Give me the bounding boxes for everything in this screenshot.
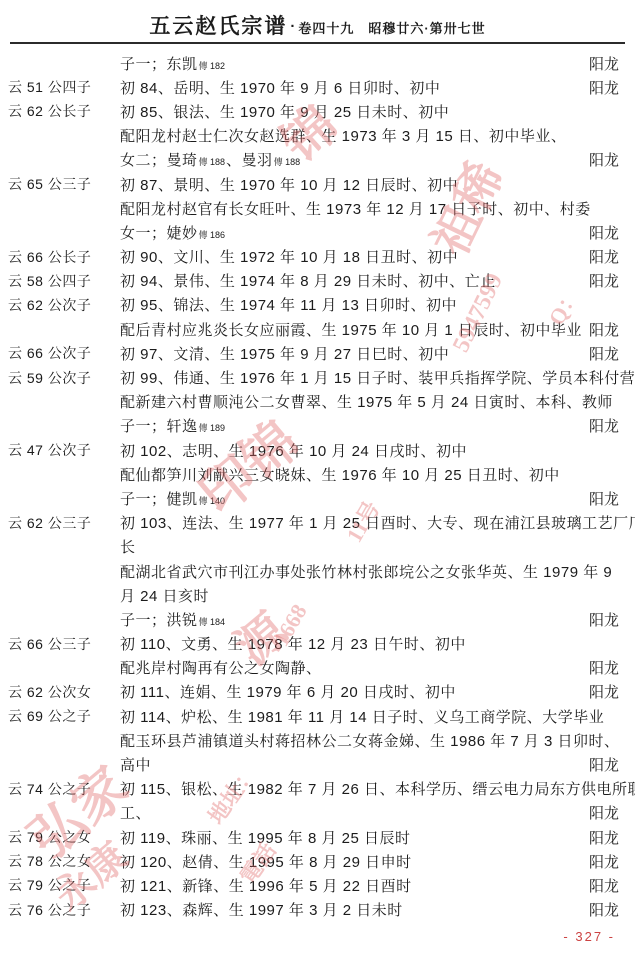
text-segment: 子一；健凯 [120,491,198,508]
lineage-label: 云 62 公三子 [0,513,120,533]
lineage-label: 云 69 公之子 [0,706,120,726]
entry-text: 初 84、岳明、生 1970 年 9 月 6 日卯时、初中 [120,77,589,98]
entry-text: 女一；婕妙傳 186 [120,222,589,243]
entry-text: 配后青村应兆炎长女应丽霞、生 1975 年 10 月 1 日辰时、初中毕业 [120,319,589,340]
text-segment: 配阳龙村赵官有长女旺叶、生 1973 年 12 月 17 日子时、初中、村委 [120,201,591,218]
page-header: 五云赵氏宗谱·卷四十九 昭穆廿六·第卅七世 [0,10,635,40]
genealogy-row: 云 62 公长子初 85、银法、生 1970 年 9 月 25 日未时、初中 [0,99,635,123]
entry-text: 配阳龙村赵士仁次女赵选群、生 1973 年 3 月 15 日、初中毕业、 [120,125,589,146]
branch-marker: 阳龙 [589,53,623,74]
branch-marker: 阳龙 [589,875,623,896]
entry-text: 初 102、志明、生 1976 年 10 月 24 日戌时、初中 [120,440,589,461]
entry-text: 初 121、新锋、生 1996 年 5 月 22 日酉时 [120,875,589,896]
genealogy-row: 配仙都笋川刘献兴三女晓妹、生 1976 年 10 月 25 日丑时、初中 [0,462,635,486]
branch-marker: 阳龙 [589,802,623,823]
genealogy-row: 云 65 公三子初 87、景明、生 1970 年 10 月 12 日辰时、初中 [0,172,635,196]
entry-text: 配湖北省武穴市刊江办事处张竹林村张郎垸公之女张华英、生 1979 年 9 [120,561,589,582]
entry-text: 配兆岸村陶再有公之女陶静、 [120,657,589,678]
genealogy-row: 子一；东凯傳 182阳龙 [0,51,635,75]
branch-marker: 阳龙 [589,246,623,267]
genealogy-row: 云 78 公之女初 120、赵倩、生 1995 年 8 月 29 日申时阳龙 [0,849,635,873]
text-segment: 初 119、珠丽、生 1995 年 8 月 25 日辰时 [120,830,410,847]
text-segment: 长 [120,539,136,556]
branch-marker: 阳龙 [589,851,623,872]
text-segment: 、曼羽 [226,152,273,169]
page-ref: 傳 140 [199,496,226,506]
genealogy-row: 云 51 公四子初 84、岳明、生 1970 年 9 月 6 日卯时、初中阳龙 [0,75,635,99]
title-separator-dot: · [290,18,295,35]
text-segment: 初 123、森辉、生 1997 年 3 月 2 日未时 [120,902,403,919]
text-segment: 配阳龙村赵士仁次女赵选群、生 1973 年 3 月 15 日、初中毕业、 [120,128,566,145]
text-segment: 初 84、岳明、生 1970 年 9 月 6 日卯时、初中 [120,80,440,97]
text-segment: 配新建六村曹顺沌公二女曹翠、生 1975 年 5 月 24 日寅时、本科、教师 [120,394,613,411]
genealogy-row: 配阳龙村赵士仁次女赵选群、生 1973 年 3 月 15 日、初中毕业、 [0,124,635,148]
text-segment: 初 114、炉松、生 1981 年 11 月 14 日子时、义乌工商学院、大学毕… [120,709,604,726]
branch-marker: 阳龙 [589,77,623,98]
branch-marker: 阳龙 [589,319,623,340]
lineage-label: 云 58 公四子 [0,271,120,291]
text-segment: 子一；洪锐 [120,612,198,629]
genealogy-row: 云 66 公长子初 90、文川、生 1972 年 10 月 18 日丑时、初中阳… [0,245,635,269]
genealogy-row: 高中阳龙 [0,752,635,776]
lineage-label: 云 76 公之子 [0,900,120,920]
genealogy-row: 云 58 公四子初 94、景伟、生 1974 年 8 月 29 日未时、初中、亡… [0,269,635,293]
entry-text: 初 85、银法、生 1970 年 9 月 25 日未时、初中 [120,101,589,122]
lineage-label: 云 51 公四子 [0,77,120,97]
text-segment: 初 121、新锋、生 1996 年 5 月 22 日酉时 [120,878,412,895]
branch-marker: 阳龙 [589,270,623,291]
page-ref: 傳 182 [199,61,226,71]
page-ref: 傳 184 [199,617,226,627]
genealogy-row: 配兆岸村陶再有公之女陶静、阳龙 [0,656,635,680]
branch-marker: 阳龙 [589,415,623,436]
text-segment: 工、 [120,805,151,822]
text-segment: 初 85、银法、生 1970 年 9 月 25 日未时、初中 [120,104,449,121]
genealogy-row: 云 62 公次女初 111、连娟、生 1979 年 6 月 20 日戌时、初中阳… [0,680,635,704]
lineage-label: 云 47 公次子 [0,440,120,460]
entry-text: 配新建六村曹顺沌公二女曹翠、生 1975 年 5 月 24 日寅时、本科、教师 [120,391,589,412]
text-segment: 配兆岸村陶再有公之女陶静、 [120,660,322,677]
page-ref: 傳 189 [199,423,226,433]
entry-text: 女二；曼琦傳 188、曼羽傳 188 [120,149,589,170]
genealogy-entries: 子一；东凯傳 182阳龙云 51 公四子初 84、岳明、生 1970 年 9 月… [0,51,635,922]
genealogy-row: 云 62 公次子初 95、锦法、生 1974 年 11 月 13 日卯时、初中 [0,293,635,317]
entry-text: 工、 [120,802,589,823]
header-rule [10,42,625,44]
text-segment: 女二；曼琦 [120,152,198,169]
entry-text: 初 111、连娟、生 1979 年 6 月 20 日戌时、初中 [120,681,589,702]
text-segment: 初 95、锦法、生 1974 年 11 月 13 日卯时、初中 [120,297,457,314]
genealogy-row: 云 47 公次子初 102、志明、生 1976 年 10 月 24 日戌时、初中 [0,438,635,462]
text-segment: 初 110、文勇、生 1978 年 12 月 23 日午时、初中 [120,636,466,653]
entry-text: 初 120、赵倩、生 1995 年 8 月 29 日申时 [120,851,589,872]
lineage-label: 云 66 公次子 [0,343,120,363]
entry-text: 初 123、森辉、生 1997 年 3 月 2 日未时 [120,899,589,920]
lineage-label: 云 62 公次女 [0,682,120,702]
text-segment: 初 90、文川、生 1972 年 10 月 18 日丑时、初中 [120,249,458,266]
entry-text: 子一；洪锐傳 184 [120,609,589,630]
genealogy-row: 女一；婕妙傳 186阳龙 [0,220,635,244]
text-segment: 女一；婕妙 [120,225,198,242]
genealogy-row: 配阳龙村赵官有长女旺叶、生 1973 年 12 月 17 日子时、初中、村委 [0,196,635,220]
branch-marker: 阳龙 [589,657,623,678]
entry-text: 初 103、连法、生 1977 年 1 月 25 日酉时、大专、现在浦江县玻璃工… [120,512,589,533]
entry-text: 子一；东凯傳 182 [120,53,589,74]
entry-text: 配阳龙村赵官有长女旺叶、生 1973 年 12 月 17 日子时、初中、村委 [120,198,589,219]
entry-text: 初 99、伟通、生 1976 年 1 月 15 日子时、装甲兵指挥学院、学员本科… [120,367,589,388]
text-segment: 配仙都笋川刘献兴三女晓妹、生 1976 年 10 月 25 日丑时、初中 [120,467,560,484]
text-segment: 初 103、连法、生 1977 年 1 月 25 日酉时、大专、现在浦江县玻璃工… [120,515,635,532]
branch-marker: 阳龙 [589,222,623,243]
genealogy-row: 云 74 公之子初 115、银松、生 1982 年 7 月 26 日、本科学历、… [0,777,635,801]
text-segment: 初 111、连娟、生 1979 年 6 月 20 日戌时、初中 [120,684,456,701]
entry-text: 初 94、景伟、生 1974 年 8 月 29 日未时、初中、亡止 [120,270,589,291]
genealogy-row: 云 62 公三子初 103、连法、生 1977 年 1 月 25 日酉时、大专、… [0,511,635,535]
genealogy-row: 配玉环县芦浦镇道头村蒋招林公二女蒋金娣、生 1986 年 7 月 3 日卯时、 [0,728,635,752]
genealogy-page: 五云赵氏宗谱·卷四十九 昭穆廿六·第卅七世 子一；东凯傳 182阳龙云 51 公… [0,0,635,968]
text-segment: 初 115、银松、生 1982 年 7 月 26 日、本科学历、缙云电力局东方供… [120,781,635,798]
entry-text: 初 87、景明、生 1970 年 10 月 12 日辰时、初中 [120,174,589,195]
page-ref: 傳 188 [274,157,301,167]
genealogy-row: 云 66 公次子初 97、文清、生 1975 年 9 月 27 日巳时、初中阳龙 [0,341,635,365]
lineage-label: 云 79 公之女 [0,827,120,847]
genealogy-row: 云 66 公三子初 110、文勇、生 1978 年 12 月 23 日午时、初中 [0,632,635,656]
text-segment: 初 87、景明、生 1970 年 10 月 12 日辰时、初中 [120,177,458,194]
genealogy-row: 工、阳龙 [0,801,635,825]
lineage-label: 云 62 公长子 [0,101,120,121]
genealogy-row: 子一；洪锐傳 184阳龙 [0,607,635,631]
branch-marker: 阳龙 [589,754,623,775]
entry-text: 月 24 日亥时 [120,585,589,606]
entry-text: 初 115、银松、生 1982 年 7 月 26 日、本科学历、缙云电力局东方供… [120,778,589,799]
text-segment: 配后青村应兆炎长女应丽霞、生 1975 年 10 月 1 日辰时、初中毕业 [120,322,582,339]
lineage-label: 云 62 公次子 [0,295,120,315]
entry-text: 初 114、炉松、生 1981 年 11 月 14 日子时、义乌工商学院、大学毕… [120,706,589,727]
lineage-label: 云 78 公之女 [0,851,120,871]
lineage-label: 云 65 公三子 [0,174,120,194]
entry-text: 初 95、锦法、生 1974 年 11 月 13 日卯时、初中 [120,294,589,315]
page-ref: 傳 186 [199,230,226,240]
branch-marker: 阳龙 [589,149,623,170]
genealogy-row: 子一；健凯傳 140阳龙 [0,486,635,510]
page-ref: 傳 188 [199,157,226,167]
genealogy-row: 配湖北省武穴市刊江办事处张竹林村张郎垸公之女张华英、生 1979 年 9 [0,559,635,583]
branch-marker: 阳龙 [589,899,623,920]
page-title: 五云赵氏宗谱 [149,15,287,38]
branch-marker: 阳龙 [589,343,623,364]
text-segment: 子一；轩逸 [120,418,198,435]
lineage-label: 云 66 公长子 [0,247,120,267]
genealogy-row: 云 79 公之子初 121、新锋、生 1996 年 5 月 22 日酉时阳龙 [0,873,635,897]
lineage-label: 云 59 公次子 [0,368,120,388]
branch-marker: 阳龙 [589,488,623,509]
genealogy-row: 云 76 公之子初 123、森辉、生 1997 年 3 月 2 日未时阳龙 [0,898,635,922]
text-segment: 配玉环县芦浦镇道头村蒋招林公二女蒋金娣、生 1986 年 7 月 3 日卯时、 [120,733,620,750]
branch-marker: 阳龙 [589,827,623,848]
text-segment: 初 97、文清、生 1975 年 9 月 27 日巳时、初中 [120,346,449,363]
entry-text: 子一；轩逸傳 189 [120,415,589,436]
genealogy-row: 云 79 公之女初 119、珠丽、生 1995 年 8 月 25 日辰时阳龙 [0,825,635,849]
genealogy-row: 云 69 公之子初 114、炉松、生 1981 年 11 月 14 日子时、义乌… [0,704,635,728]
genealogy-row: 长 [0,535,635,559]
branch-marker: 阳龙 [589,681,623,702]
entry-text: 配仙都笋川刘献兴三女晓妹、生 1976 年 10 月 25 日丑时、初中 [120,464,589,485]
lineage-label: 云 74 公之子 [0,779,120,799]
entry-text: 初 97、文清、生 1975 年 9 月 27 日巳时、初中 [120,343,589,364]
entry-text: 初 90、文川、生 1972 年 10 月 18 日丑时、初中 [120,246,589,267]
genealogy-row: 女二；曼琦傳 188、曼羽傳 188阳龙 [0,148,635,172]
text-segment: 初 94、景伟、生 1974 年 8 月 29 日未时、初中、亡止 [120,273,496,290]
genealogy-row: 云 59 公次子初 99、伟通、生 1976 年 1 月 15 日子时、装甲兵指… [0,365,635,389]
entry-text: 长 [120,536,589,557]
branch-marker: 阳龙 [589,609,623,630]
lineage-label: 云 66 公三子 [0,634,120,654]
lineage-label: 云 79 公之子 [0,875,120,895]
text-segment: 子一；东凯 [120,56,198,73]
text-segment: 初 99、伟通、生 1976 年 1 月 15 日子时、装甲兵指挥学院、学员本科… [120,370,635,387]
entry-text: 初 119、珠丽、生 1995 年 8 月 25 日辰时 [120,827,589,848]
text-segment: 高中 [120,757,151,774]
entry-text: 初 110、文勇、生 1978 年 12 月 23 日午时、初中 [120,633,589,654]
entry-text: 配玉环县芦浦镇道头村蒋招林公二女蒋金娣、生 1986 年 7 月 3 日卯时、 [120,730,589,751]
genealogy-row: 配后青村应兆炎长女应丽霞、生 1975 年 10 月 1 日辰时、初中毕业阳龙 [0,317,635,341]
genealogy-row: 月 24 日亥时 [0,583,635,607]
genealogy-row: 子一；轩逸傳 189阳龙 [0,414,635,438]
entry-text: 高中 [120,754,589,775]
text-segment: 初 102、志明、生 1976 年 10 月 24 日戌时、初中 [120,443,467,460]
footer-page-number: - 327 - [563,929,615,944]
page-subtitle: 卷四十九 昭穆廿六·第卅七世 [298,21,485,36]
text-segment: 月 24 日亥时 [120,588,209,605]
text-segment: 配湖北省武穴市刊江办事处张竹林村张郎垸公之女张华英、生 1979 年 9 [120,564,612,581]
text-segment: 初 120、赵倩、生 1995 年 8 月 29 日申时 [120,854,412,871]
genealogy-row: 配新建六村曹顺沌公二女曹翠、生 1975 年 5 月 24 日寅时、本科、教师 [0,390,635,414]
entry-text: 子一；健凯傳 140 [120,488,589,509]
